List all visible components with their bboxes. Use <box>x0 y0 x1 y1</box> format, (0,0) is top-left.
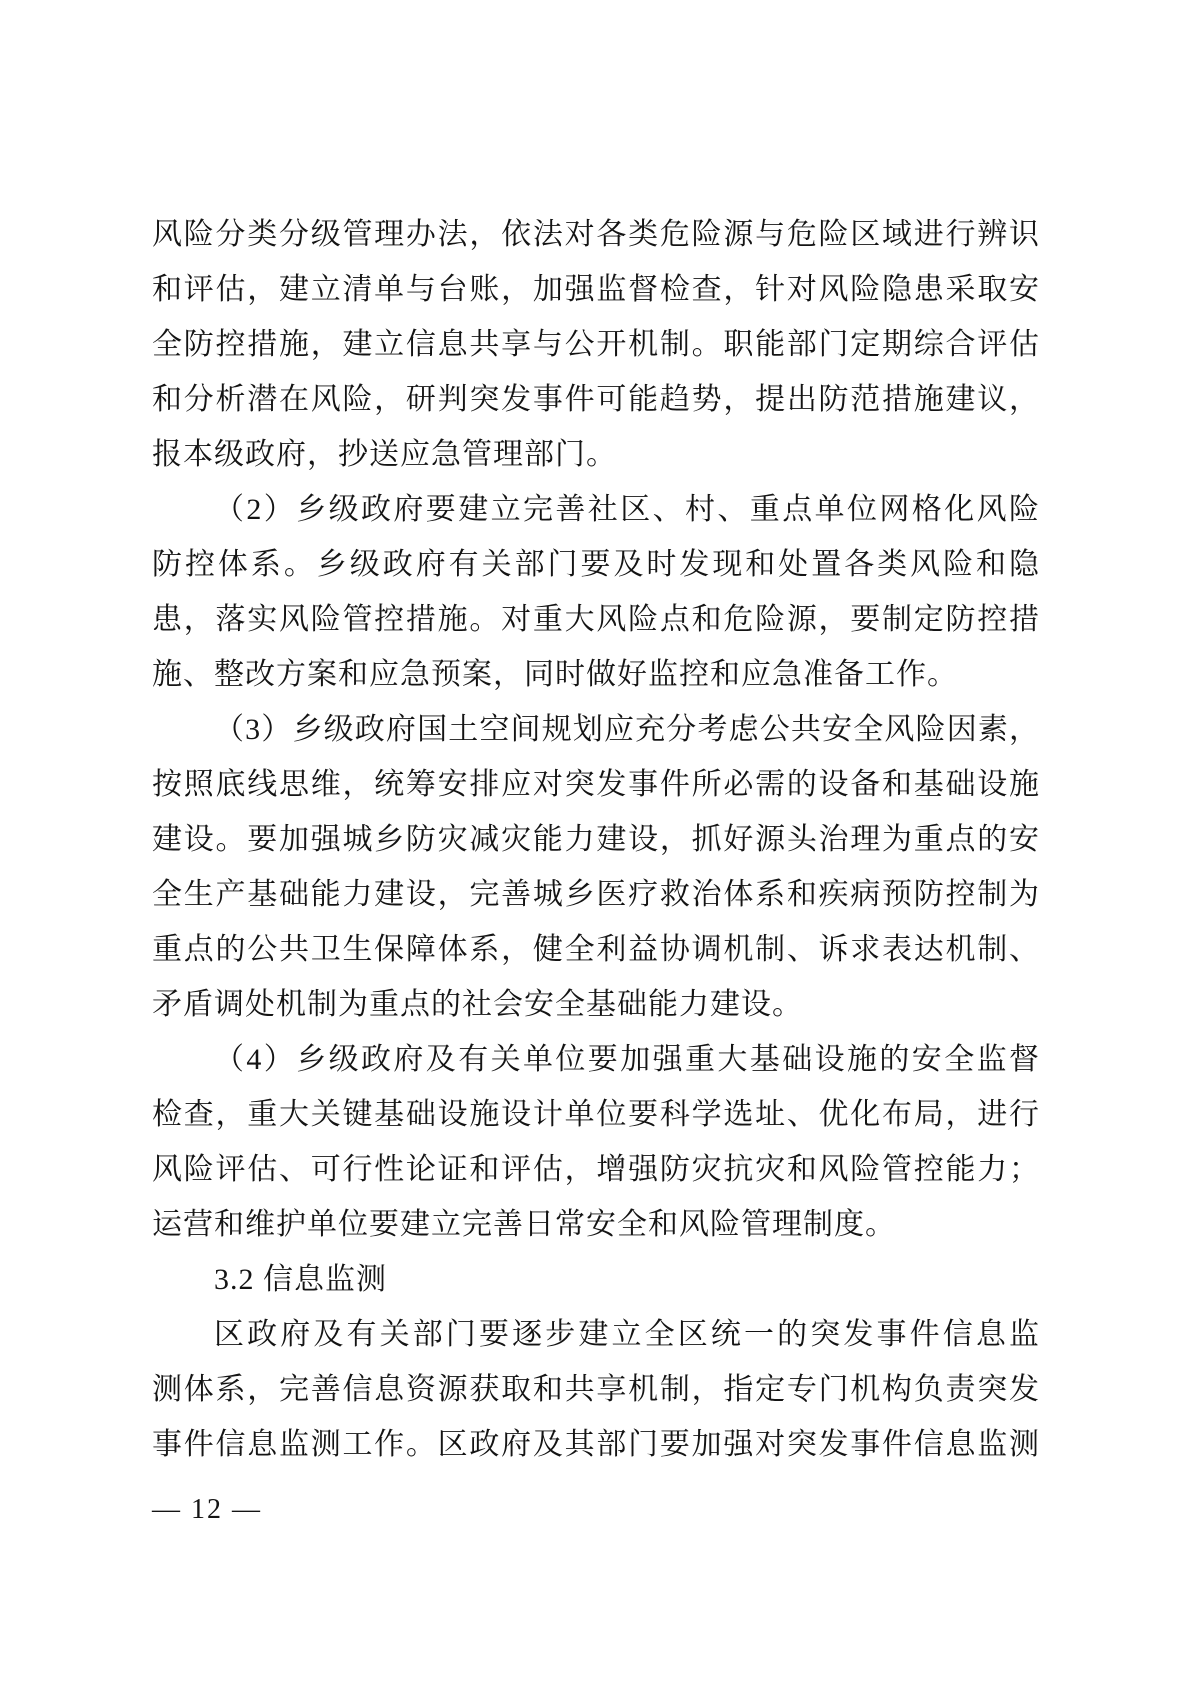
text-line: 测体系，完善信息资源获取和共享机制，指定专门机构负责突发 <box>152 1362 1040 1417</box>
text-line: 区政府及有关部门要逐步建立全区统一的突发事件信息监 <box>152 1307 1040 1362</box>
text-line: （2）乡级政府要建立完善社区、村、重点单位网格化风险 <box>152 482 1040 537</box>
text-line: 全生产基础能力建设，完善城乡医疗救治体系和疾病预防控制为 <box>152 867 1040 922</box>
page-number: — 12 — <box>152 1492 262 1528</box>
text-line: 风险评估、可行性论证和评估，增强防灾抗灾和风险管控能力； <box>152 1142 1040 1197</box>
text-line: 事件信息监测工作。区政府及其部门要加强对突发事件信息监测 <box>152 1417 1040 1472</box>
text-line: 运营和维护单位要建立完善日常安全和风险管理制度。 <box>152 1197 1040 1252</box>
text-line: （4）乡级政府及有关单位要加强重大基础设施的安全监督 <box>152 1032 1040 1087</box>
text-line: 防控体系。乡级政府有关部门要及时发现和处置各类风险和隐 <box>152 537 1040 592</box>
section-heading: 3.2 信息监测 <box>152 1252 1040 1307</box>
text-line: 和评估，建立清单与台账，加强监督检查，针对风险隐患采取安 <box>152 262 1040 317</box>
text-line: 和分析潜在风险，研判突发事件可能趋势，提出防范措施建议， <box>152 372 1040 427</box>
document-text-block: 风险分类分级管理办法，依法对各类危险源与危险区域进行辨识 和评估，建立清单与台账… <box>152 207 1040 1472</box>
text-line: 按照底线思维，统筹安排应对突发事件所必需的设备和基础设施 <box>152 757 1040 812</box>
text-line: （3）乡级政府国土空间规划应充分考虑公共安全风险因素， <box>152 702 1040 757</box>
text-line: 报本级政府，抄送应急管理部门。 <box>152 427 1040 482</box>
text-line: 施、整改方案和应急预案，同时做好监控和应急准备工作。 <box>152 647 1040 702</box>
text-line: 矛盾调处机制为重点的社会安全基础能力建设。 <box>152 977 1040 1032</box>
text-line: 全防控措施，建立信息共享与公开机制。职能部门定期综合评估 <box>152 317 1040 372</box>
text-line: 建设。要加强城乡防灾减灾能力建设，抓好源头治理为重点的安 <box>152 812 1040 867</box>
text-line: 患，落实风险管控措施。对重大风险点和危险源，要制定防控措 <box>152 592 1040 647</box>
text-line: 风险分类分级管理办法，依法对各类危险源与危险区域进行辨识 <box>152 207 1040 262</box>
text-line: 检查，重大关键基础设施设计单位要科学选址、优化布局，进行 <box>152 1087 1040 1142</box>
text-line: 重点的公共卫生保障体系，健全利益协调机制、诉求表达机制、 <box>152 922 1040 977</box>
